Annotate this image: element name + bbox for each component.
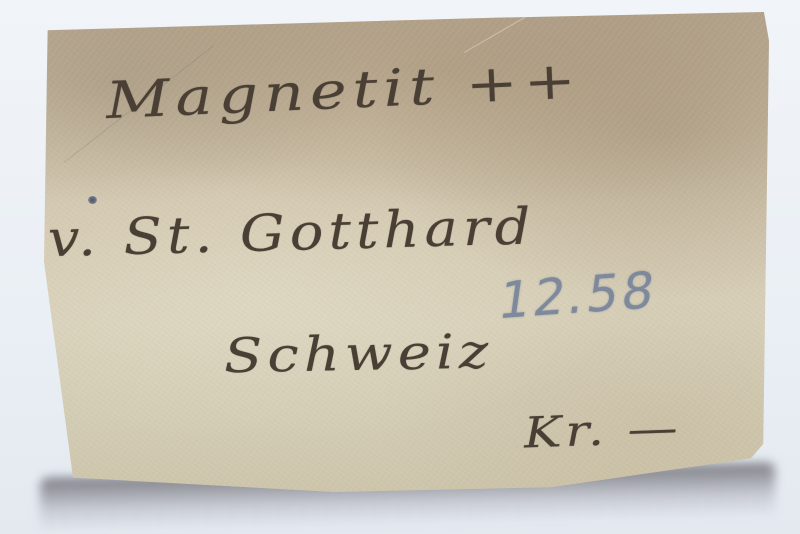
specimen-label-card: Magnetit ++ v. St. Gotthard 12.58 Schwei… <box>44 12 769 492</box>
country: Schweiz <box>224 324 494 384</box>
ink-speck <box>88 196 97 204</box>
catalog-number: 12.58 <box>495 261 661 331</box>
photo-scene: Magnetit ++ v. St. Gotthard 12.58 Schwei… <box>0 0 800 534</box>
price: Kr. — <box>523 403 682 458</box>
